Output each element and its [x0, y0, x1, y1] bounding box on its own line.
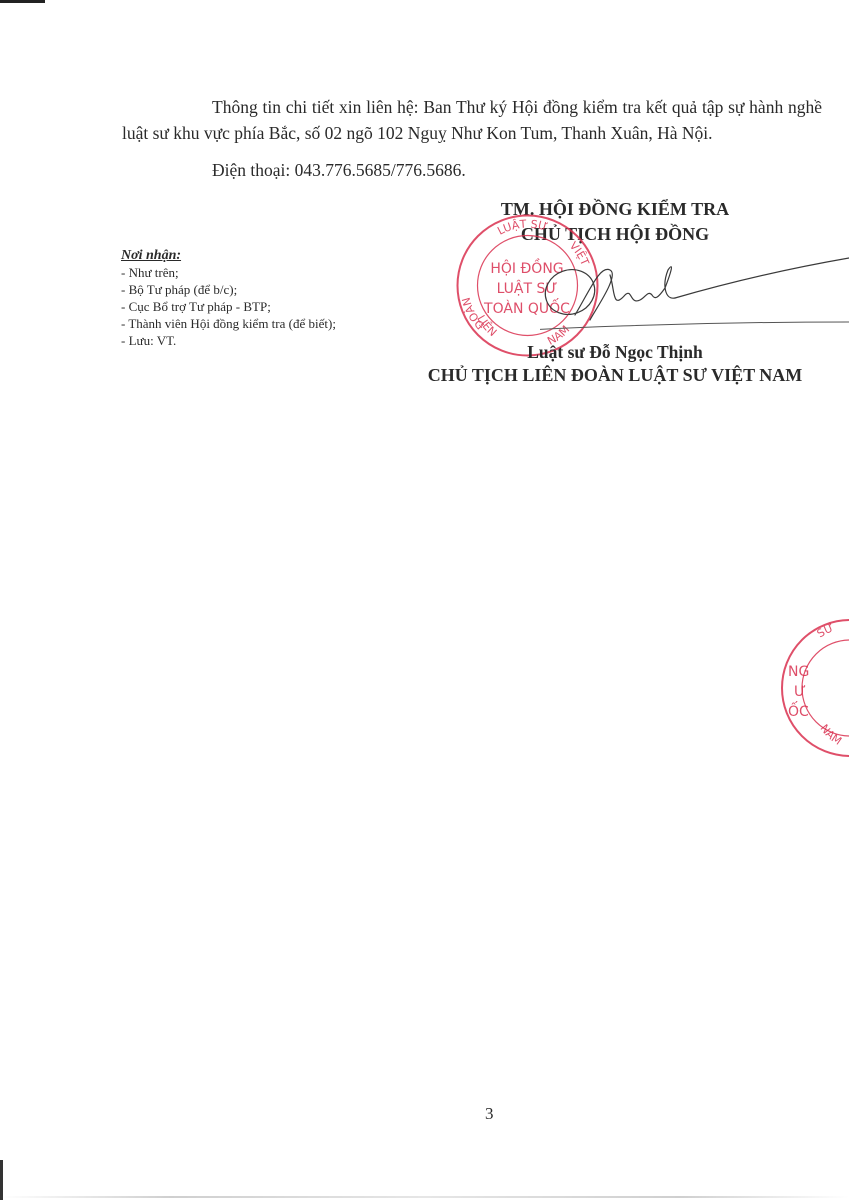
recipient-item: - Lưu: VT. [121, 332, 336, 349]
recipient-item: - Bộ Tư pháp (để b/c); [121, 281, 336, 298]
recipients-title: Nơi nhận: [121, 247, 336, 264]
scan-corner-mark [0, 0, 45, 3]
svg-text:SƯ: SƯ [815, 621, 836, 640]
partial-stamp-line: ỐC [788, 701, 809, 720]
partial-stamp-icon: SƯ NAM NG Ư ỐC [780, 618, 849, 758]
scan-edge-mark [0, 1160, 3, 1200]
signer-position: CHỦ TỊCH LIÊN ĐOÀN LUẬT SƯ VIỆT NAM [380, 363, 849, 387]
scan-bottom-edge [0, 1196, 849, 1198]
contact-text: Thông tin chi tiết xin liên hệ: Ban Thư … [122, 97, 822, 143]
svg-text:NAM: NAM [818, 722, 844, 748]
partial-stamp-line: Ư [794, 684, 806, 700]
page-number: 3 [485, 1104, 494, 1124]
signature-icon [540, 250, 849, 340]
recipient-item: - Thành viên Hội đồng kiểm tra (để biết)… [121, 315, 336, 332]
partial-stamp-ring-top: SƯ [815, 621, 836, 640]
recipient-item: - Như trên; [121, 264, 336, 281]
recipient-item: - Cục Bổ trợ Tư pháp - BTP; [121, 298, 336, 315]
partial-stamp-ring-right: NAM [818, 722, 844, 748]
signer-name: Luật sư Đỗ Ngọc Thịnh [400, 340, 830, 364]
partial-stamp-line: NG [788, 664, 809, 680]
phone-paragraph: Điện thoại: 043.776.5685/776.5686. [122, 157, 822, 183]
recipients-block: Nơi nhận: - Như trên; - Bộ Tư pháp (để b… [121, 247, 336, 349]
phone-text: Điện thoại: 043.776.5685/776.5686. [212, 160, 466, 180]
contact-paragraph: Thông tin chi tiết xin liên hệ: Ban Thư … [122, 94, 822, 146]
